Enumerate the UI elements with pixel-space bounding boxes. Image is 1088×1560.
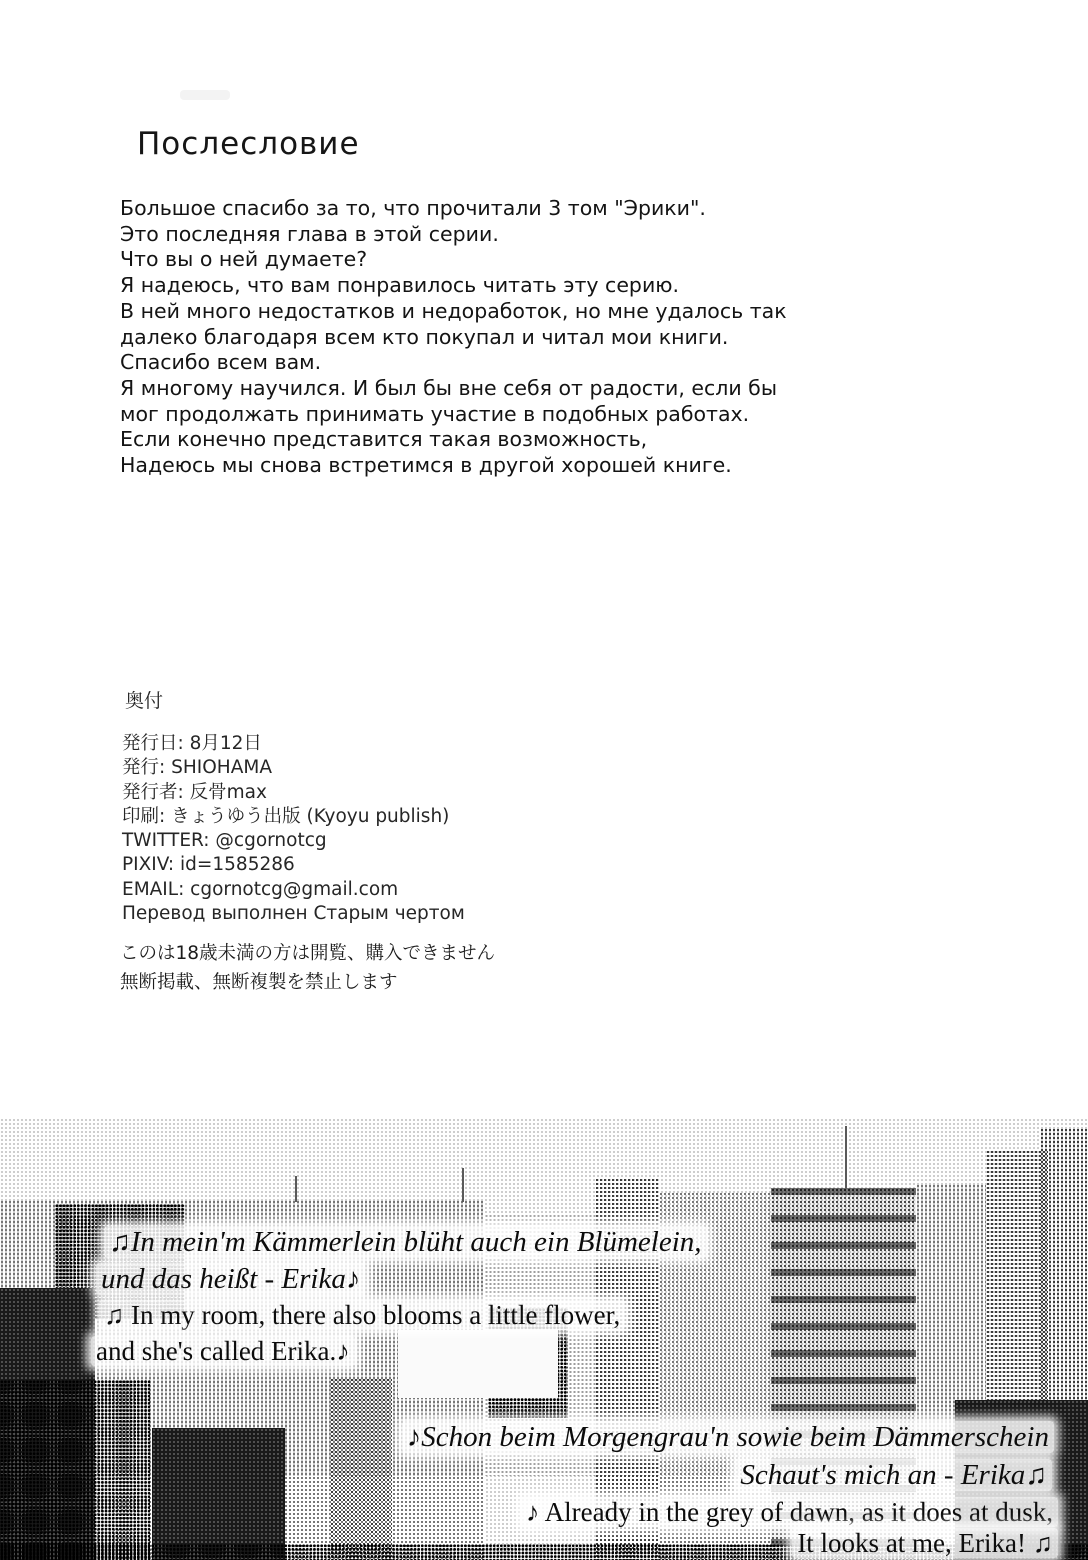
lyric-english-line: and she's called Erika.♪ [91,1336,355,1367]
afterword-line: Я надеюсь, что вам понравилось читать эт… [120,273,787,299]
lyric-german-line: und das heißt - Erika♪ [96,1263,365,1296]
colophon-twitter: TWITTER: @cgornotcg [122,829,465,853]
afterword-line: далеко благодаря всем кто покупал и чита… [120,325,787,351]
dark-building-foreground [152,1428,285,1560]
light-building-patch [398,1330,558,1398]
age-restriction-block: このは18歳未満の方は開覧、購入できません 無断掲載、無断複製を禁止します [120,940,495,997]
lyric-english-line: ♪ Already in the grey of dawn, as it doe… [521,1497,1058,1528]
afterword-title: Послесловие [137,126,360,162]
colophon-pixiv: PIXIV: id=1585286 [122,853,465,877]
afterword-line: В ней много недостатков и недоработок, н… [120,299,787,325]
colophon-translator-credit: Перевод выполнен Старым чертом [122,902,465,926]
copy-restriction-line: 無断掲載、無断複製を禁止します [120,969,495,998]
tree-mass-left-lower [0,1380,150,1560]
antenna [845,1126,847,1188]
colophon-author: 発行者: 反骨max [122,781,465,805]
afterword-line: Спасибо всем вам. [120,350,787,376]
afterword-line: Это последняя глава в этой серии. [120,222,787,248]
lyric-german-line: Schaut's mich an - Erika♫ [735,1459,1052,1492]
afterword-line: Я многому научился. И был бы вне себя от… [120,376,787,402]
lyric-german-line: ♫In mein'm Kämmerlein blüht auch ein Blü… [104,1226,707,1259]
afterword-body: Большое спасибо за то, что прочитали 3 т… [120,196,787,479]
afterword-line: Большое спасибо за то, что прочитали 3 т… [120,196,787,222]
afterword-line: Что вы о ней думаете? [120,247,787,273]
lyric-german-line: ♪Schon beim Morgengrau'n sowie beim Dämm… [402,1421,1054,1454]
colophon-printer: 印刷: きょうゆう出版 (Kyoyu publish) [122,805,465,829]
afterword-line: Надеюсь мы снова встретимся в другой хор… [120,453,787,479]
afterword-line: Если конечно представится такая возможно… [120,427,787,453]
colophon-heading: 奥付 [125,686,163,713]
colophon-publish-date: 発行日: 8月12日 [122,732,465,756]
lyric-english-line: ♫ In my room, there also blooms a little… [99,1300,625,1331]
dark-column-left-center [330,1378,392,1560]
colophon-email: EMAIL: cgornotcg@gmail.com [122,878,465,902]
afterword-line: мог продолжать принимать участие в подоб… [120,402,787,428]
antenna [462,1168,464,1202]
colophon-publisher: 発行: SHIOHAMA [122,756,465,780]
lyric-english-line: It looks at me, Erika! ♫ [792,1528,1058,1559]
scanned-page: Послесловие Большое спасибо за то, что п… [0,0,1088,1560]
antenna [295,1176,297,1202]
colophon-block: 発行日: 8月12日 発行: SHIOHAMA 発行者: 反骨max 印刷: き… [122,732,465,926]
age-restriction-line: このは18歳未満の方は開覧、購入できません [120,940,495,969]
scan-smudge [180,90,230,100]
